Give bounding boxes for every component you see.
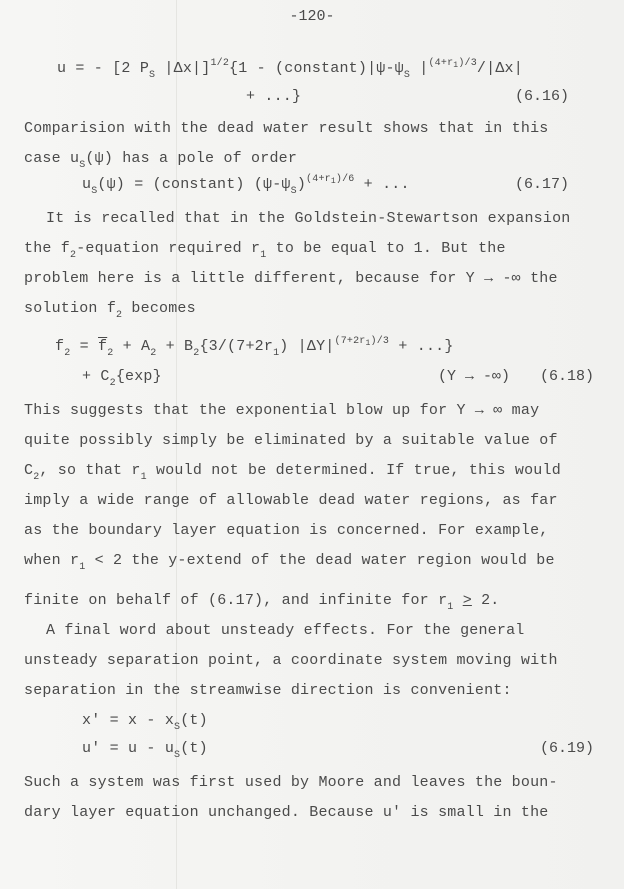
- paragraph-2-line-3: problem here is a little different, beca…: [24, 270, 558, 288]
- paragraph-4-line-3: separation in the streamwise direction i…: [24, 682, 512, 700]
- equation-6-16-line-1: u = - [2 PS |Δx|]1/2{1 - (constant)|ψ-ψS…: [57, 60, 523, 78]
- paragraph-3-line-7: finite on behalf of (6.17), and infinite…: [24, 592, 500, 610]
- equation-6-16-line-2: + ...}: [246, 88, 301, 106]
- paragraph-4-line-1: A final word about unsteady effects. For…: [46, 622, 524, 640]
- paragraph-3-line-6: when r1 < 2 the y-extend of the dead wat…: [24, 552, 555, 570]
- paragraph-2-line-2: the f2-equation required r1 to be equal …: [24, 240, 506, 258]
- paragraph-4-line-2: unsteady separation point, a coordinate …: [24, 652, 558, 670]
- paragraph-3-line-3: C2, so that r1 would not be determined. …: [24, 462, 561, 480]
- equation-6-19-line-2: u' = u - uS(t): [82, 740, 208, 758]
- paragraph-5-line-1: Such a system was first used by Moore an…: [24, 774, 558, 792]
- equation-6-18-line-2: + C2{exp}: [82, 368, 162, 386]
- equation-condition-6-18: (Y → -∞): [438, 368, 510, 386]
- paragraph-3-line-4: imply a wide range of allowable dead wat…: [24, 492, 558, 510]
- paragraph-3-line-1: This suggests that the exponential blow …: [24, 402, 539, 420]
- equation-6-17: uS(ψ) = (constant) (ψ-ψS)(4+r1)/6 + ...: [82, 176, 410, 194]
- equation-6-19-line-1: x' = x - xS(t): [82, 712, 208, 730]
- paragraph-2-line-4: solution f2 becomes: [24, 300, 196, 318]
- scanned-page: -120- u = - [2 PS |Δx|]1/2{1 - (constant…: [0, 0, 624, 889]
- equation-number-6-18: (6.18): [540, 368, 594, 386]
- paragraph-3-line-2: quite possibly simply be eliminated by a…: [24, 432, 558, 450]
- equation-number-6-16: (6.16): [515, 88, 569, 106]
- equation-6-18-line-1: f2 = f2 + A2 + B2{3/(7+2r1) |ΔY|(7+2r1)/…: [55, 338, 454, 356]
- equation-number-6-17: (6.17): [515, 176, 569, 194]
- page-number: -120-: [0, 8, 624, 25]
- paragraph-2-line-1: It is recalled that in the Goldstein-Ste…: [46, 210, 570, 228]
- paragraph-5-line-2: dary layer equation unchanged. Because u…: [24, 804, 548, 822]
- paragraph-3-line-5: as the boundary layer equation is concer…: [24, 522, 548, 540]
- paragraph-1-line-1: Comparision with the dead water result s…: [24, 120, 548, 138]
- equation-number-6-19: (6.19): [540, 740, 594, 758]
- paragraph-1-line-2: case uS(ψ) has a pole of order: [24, 150, 297, 168]
